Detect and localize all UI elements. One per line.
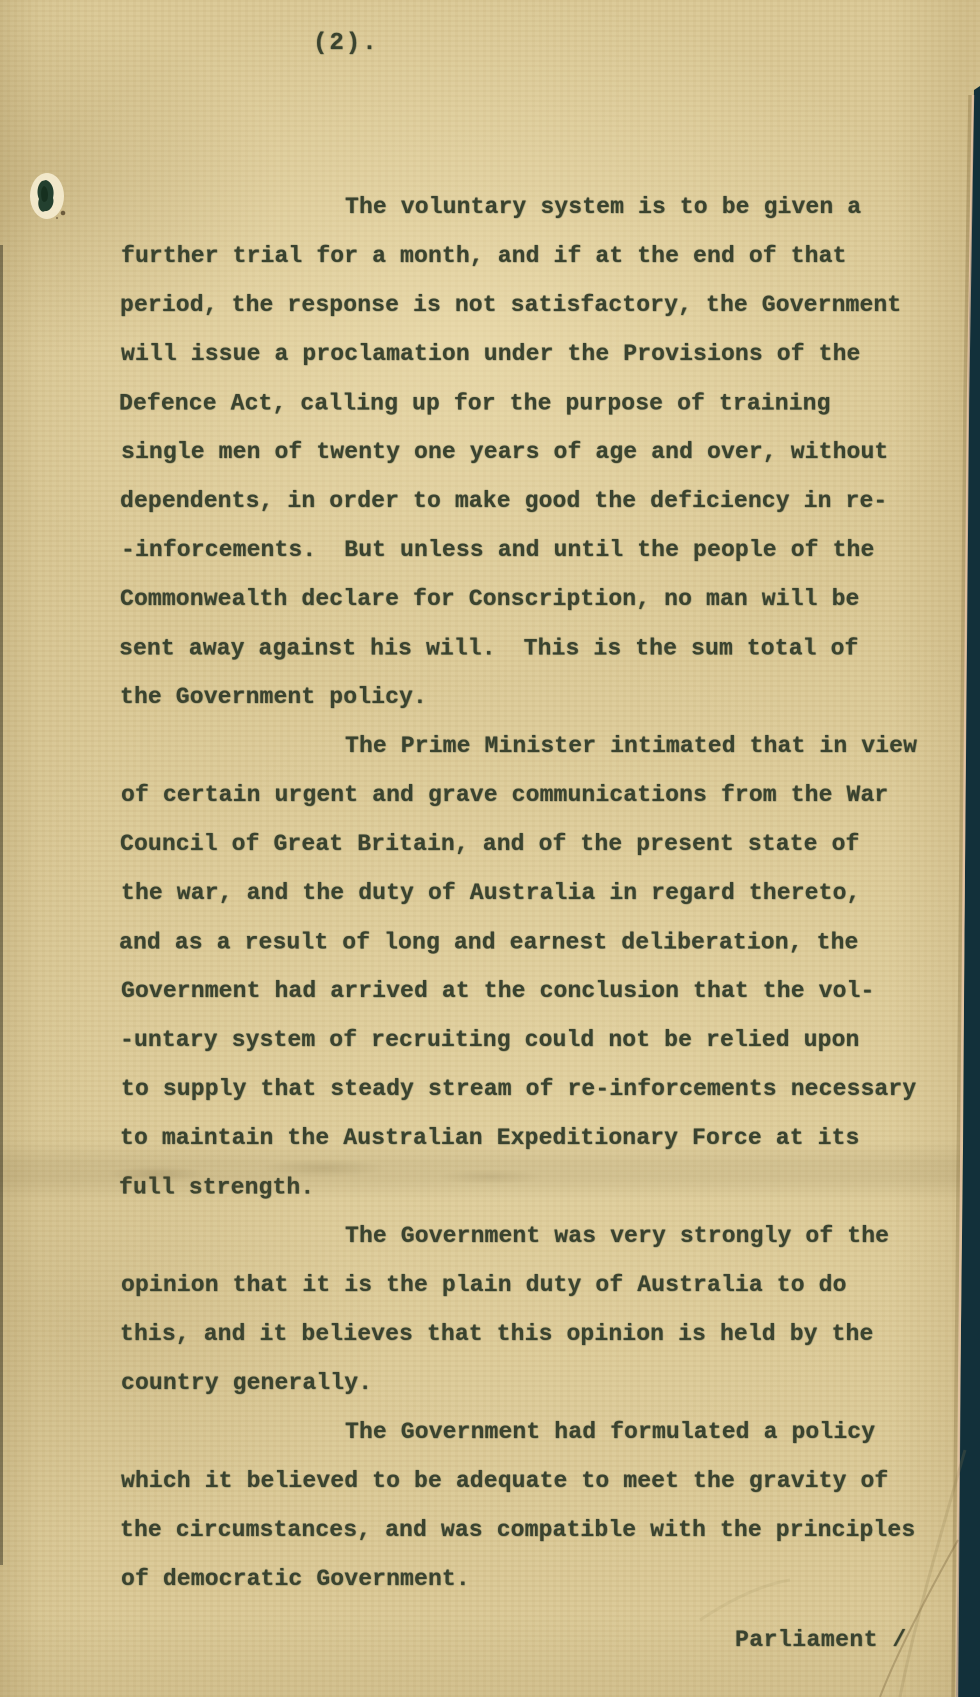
typed-line: The Government was very strongly of the <box>120 1212 935 1261</box>
document-page: (2). The voluntary system is to be given… <box>0 0 980 1697</box>
scan-edge-strip <box>956 86 980 1697</box>
paragraph-2: The Prime Minister intimated that in vie… <box>120 722 935 1212</box>
typed-line: of certain urgent and grave communicatio… <box>121 771 936 820</box>
paragraph-3: The Government was very strongly of the … <box>120 1212 935 1408</box>
typed-line: and as a result of long and earnest deli… <box>119 919 934 968</box>
typed-line: of democratic Government. <box>121 1555 936 1604</box>
typed-line: will issue a proclamation under the Prov… <box>121 330 936 379</box>
typed-text-block: The voluntary system is to be given a fu… <box>120 183 935 1604</box>
typed-line: Commonwealth declare for Conscription, n… <box>120 575 935 624</box>
typed-line: sent away against his will. This is the … <box>119 625 934 674</box>
typed-line: to supply that steady stream of re-infor… <box>121 1065 936 1114</box>
typed-line: to maintain the Australian Expeditionary… <box>120 1114 935 1163</box>
typed-line: this, and it believes that this opinion … <box>120 1310 935 1359</box>
typed-line: -inforcements. But unless and until the … <box>121 526 936 575</box>
typed-line: opinion that it is the plain duty of Aus… <box>121 1261 936 1310</box>
typed-line: full strength. <box>119 1164 934 1213</box>
typed-line: The Government had formulated a policy <box>120 1408 935 1457</box>
paragraph-4: The Government had formulated a policy w… <box>120 1408 935 1604</box>
left-edge-shadow <box>0 245 3 1565</box>
page-number: (2). <box>313 30 379 57</box>
typed-line: single men of twenty one years of age an… <box>121 428 936 477</box>
typed-line: the Government policy. <box>120 673 935 722</box>
typed-line: -untary system of recruiting could not b… <box>120 1016 935 1065</box>
catchword: Parliament / <box>735 1616 907 1665</box>
typed-line: the war, and the duty of Australia in re… <box>121 869 936 918</box>
page-edge-highlight <box>957 95 973 1697</box>
typed-line: The voluntary system is to be given a <box>120 183 935 232</box>
typed-line: Council of Great Britain, and of the pre… <box>120 820 935 869</box>
ink-blot-mark <box>30 173 65 219</box>
typed-line: which it believed to be adequate to meet… <box>121 1457 936 1506</box>
typed-line: country generally. <box>121 1359 936 1408</box>
typed-line: Defence Act, calling up for the purpose … <box>119 380 934 429</box>
typed-line: the circumstances, and was compatible wi… <box>120 1506 935 1555</box>
typed-line: dependents, in order to make good the de… <box>120 477 935 526</box>
typed-line: period, the response is not satisfactory… <box>120 281 935 330</box>
typed-line: Government had arrived at the conclusion… <box>121 967 936 1016</box>
paragraph-1: The voluntary system is to be given a fu… <box>120 183 935 722</box>
page-edge-shading <box>953 95 970 1697</box>
typed-line: further trial for a month, and if at the… <box>121 232 936 281</box>
typed-line: The Prime Minister intimated that in vie… <box>120 722 935 771</box>
